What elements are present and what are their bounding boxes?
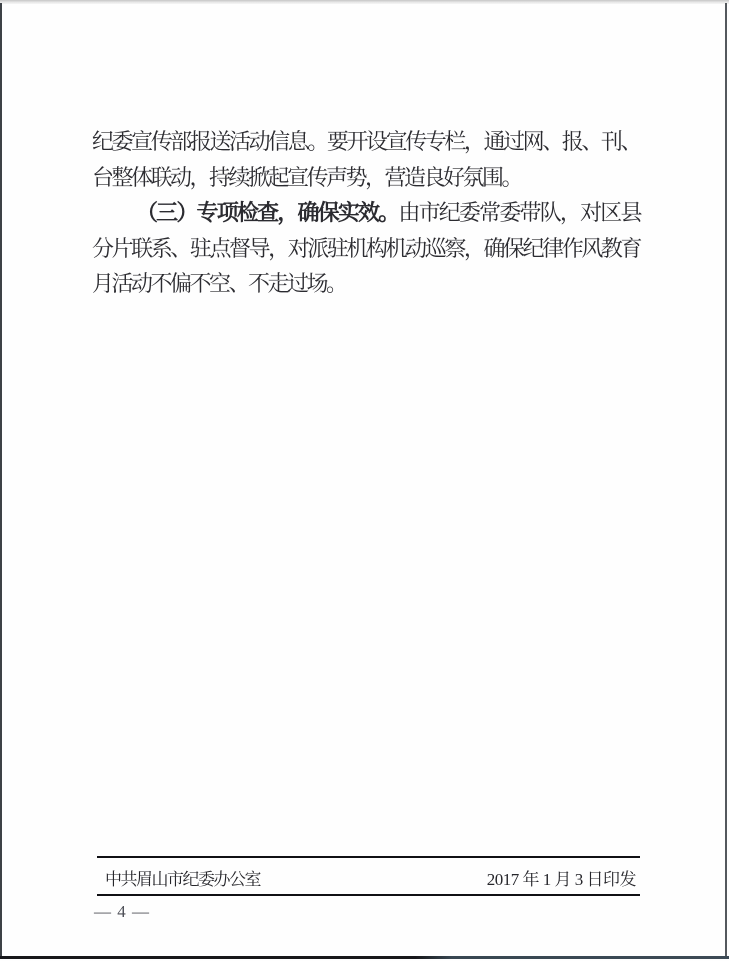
document-page: 纪委宣传部报送活动信息。要开设宣传专栏，通过网、报、刊、台整体联动，持续掀起宣传…	[0, 0, 729, 961]
scan-right-edge	[725, 3, 727, 958]
item3-heading: （三）专项检查，确保实效。	[136, 200, 398, 225]
scan-left-edge	[0, 3, 2, 958]
body-text-block: 纪委宣传部报送活动信息。要开设宣传专栏，通过网、报、刊、台整体联动，持续掀起宣传…	[92, 124, 640, 302]
scan-bottom-edge	[0, 956, 729, 959]
colophon-row: 中共眉山市纪委办公室 2017 年 1 月 3 日印发	[97, 864, 640, 890]
paragraph-continuation: 纪委宣传部报送活动信息。要开设宣传专栏，通过网、报、刊、台整体联动，持续掀起宣传…	[92, 124, 640, 195]
colophon-rule-top	[97, 856, 640, 858]
issuer-name: 中共眉山市纪委办公室	[105, 865, 260, 890]
paragraph-item3: （三）专项检查，确保实效。由市纪委常委带队，对区县分片联系、驻点督导，对派驻机构…	[92, 195, 640, 302]
scan-top-edge	[0, 0, 729, 4]
colophon-rule-bottom	[97, 894, 640, 896]
print-date: 2017 年 1 月 3 日印发	[487, 865, 636, 890]
page-number: — 4 —	[94, 902, 150, 922]
